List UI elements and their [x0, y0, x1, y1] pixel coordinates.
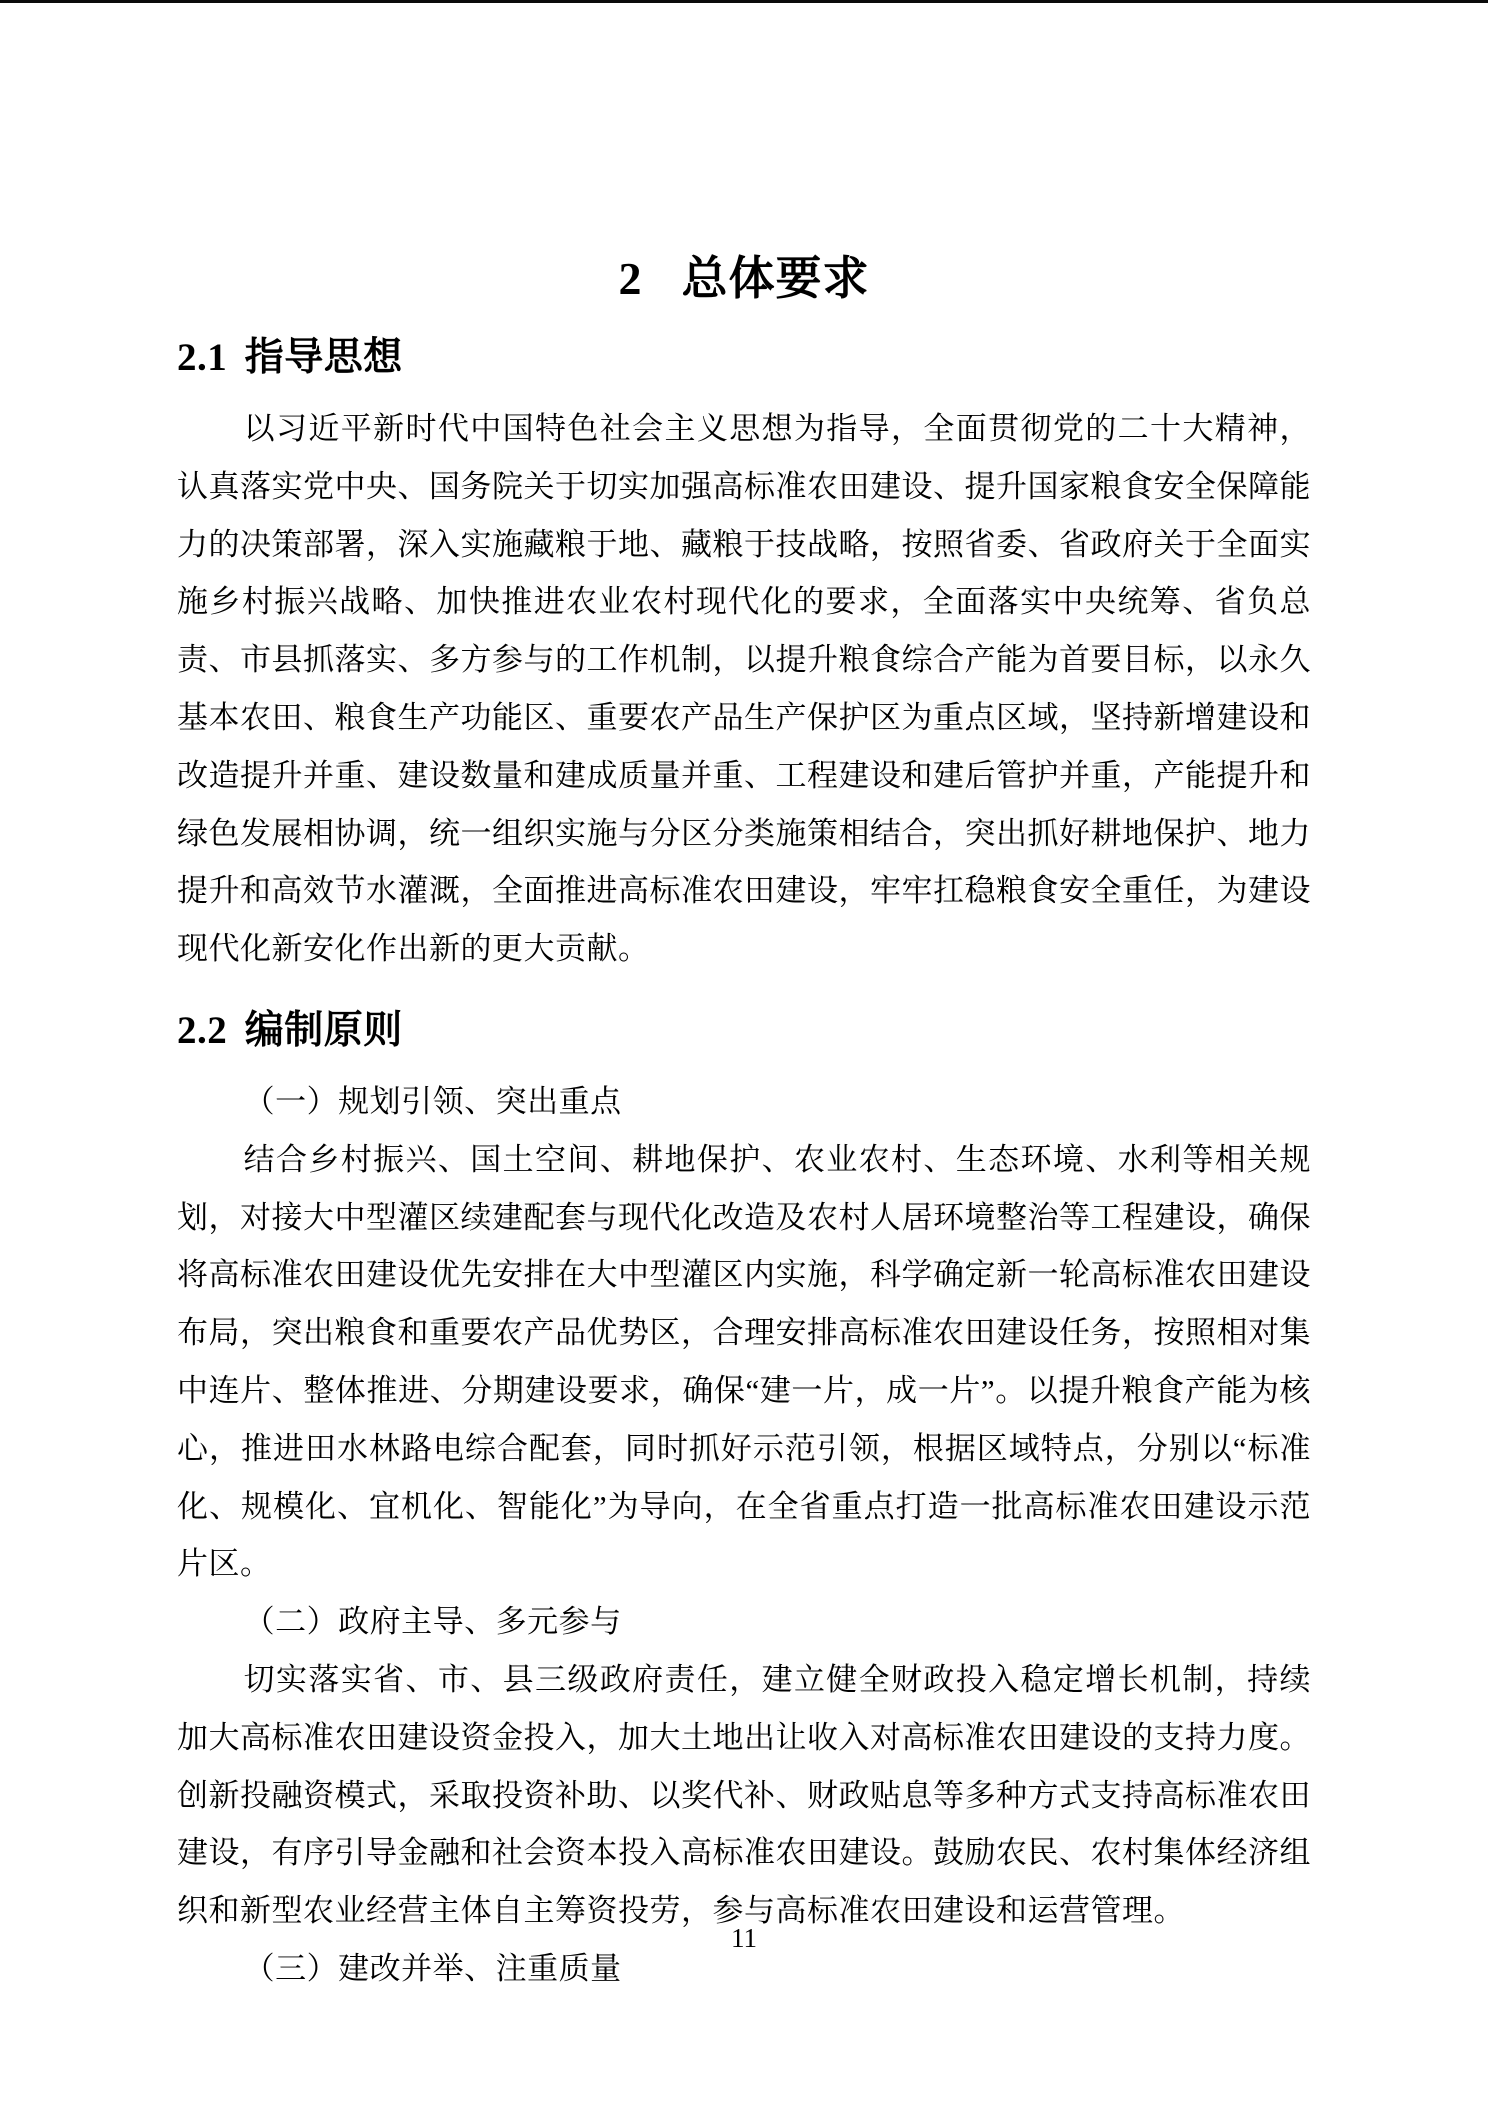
section-2-2-title: 编制原则	[245, 1009, 403, 1052]
item-2-paragraph: 切实落实省、市、县三级政府责任，建立健全财政投入稳定增长机制，持续加大高标准农田…	[177, 1651, 1311, 1940]
section-2-1-number: 2.1	[177, 336, 227, 379]
page-title: 2总体要求	[177, 3, 1311, 305]
section-2-1-title: 指导思想	[245, 336, 403, 379]
document-page: 2总体要求 2.1指导思想 以习近平新时代中国特色社会主义思想为指导，全面贯彻党…	[0, 3, 1488, 2104]
item-1-label: （一）规划引领、突出重点	[177, 1073, 1311, 1131]
section-heading-2-1: 2.1指导思想	[177, 336, 1311, 380]
section-2-2-number: 2.2	[177, 1009, 227, 1052]
section-2-1-paragraph: 以习近平新时代中国特色社会主义思想为指导，全面贯彻党的二十大精神，认真落实党中央…	[177, 400, 1311, 978]
item-2-label: （二）政府主导、多元参与	[177, 1593, 1311, 1651]
title-number: 2	[618, 253, 642, 304]
title-text: 总体要求	[682, 253, 870, 304]
item-1-paragraph: 结合乡村振兴、国土空间、耕地保护、农业农村、生态环境、水利等相关规划，对接大中型…	[177, 1131, 1311, 1593]
page-number: 11	[0, 1921, 1488, 1955]
section-heading-2-2: 2.2编制原则	[177, 1009, 1311, 1053]
